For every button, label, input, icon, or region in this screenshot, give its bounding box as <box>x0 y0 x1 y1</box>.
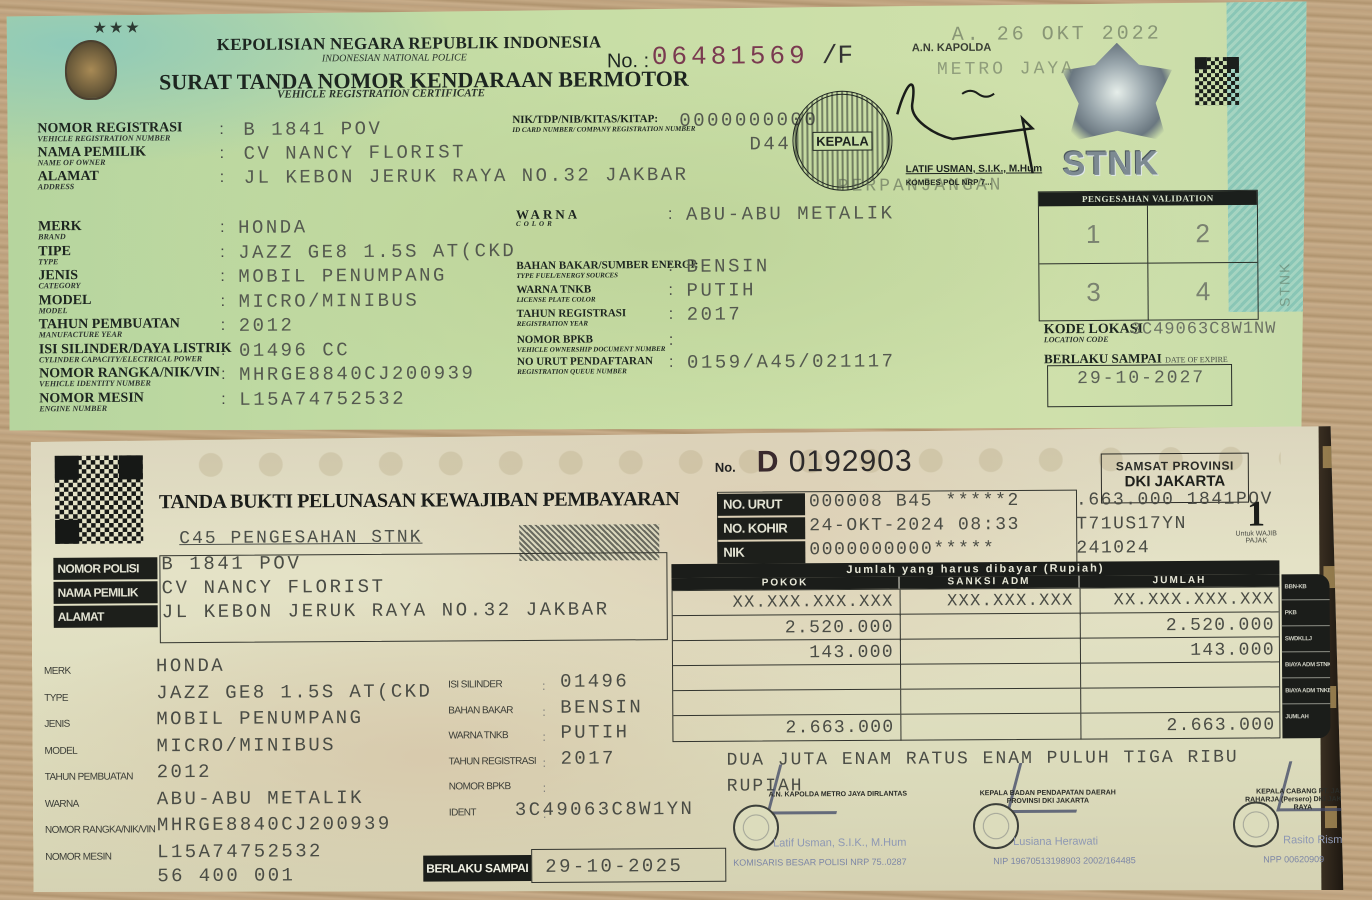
tax-payment-receipt: TANDA BUKTI PELUNASAN KEWAJIBAN PEMBAYAR… <box>31 426 1344 898</box>
validation-cell-1: 1 <box>1039 206 1148 264</box>
payment-cell-jumlah <box>1081 687 1281 712</box>
payment-row <box>673 687 1279 716</box>
payment-cell-jumlah: 2.520.000 <box>1081 612 1281 639</box>
value-nik: 0000000000***** <box>809 539 995 560</box>
payment-cell-jumlah: 2.663.000 <box>1081 712 1281 739</box>
hologram-emblem-icon <box>1062 42 1173 153</box>
label-no-urut: NO. URUT <box>717 493 805 516</box>
signatory-name: Lusiana Herawati <box>1013 835 1098 848</box>
payment-row: 2.663.0002.663.000 <box>673 712 1279 741</box>
payment-cell-pokok: 143.000 <box>673 640 901 667</box>
value-receipt-vehicle-field: MOBIL PENUMPANG <box>156 707 363 730</box>
receipt-number: D 0192903 <box>757 445 913 480</box>
payment-cell-pokok <box>673 690 901 715</box>
value-vehicle-field-right: PUTIH <box>686 279 756 301</box>
label-vehicle-field: MODELMODEL <box>39 293 92 314</box>
copy-indicator: 1 Untuk WAJIB PAJAK <box>1231 496 1281 544</box>
value-nik-suffix: D44 <box>749 133 791 155</box>
payment-row: 143.000143.000 <box>673 637 1279 666</box>
label-alamat: ALAMAT <box>54 605 158 628</box>
label-nik: NIK <box>717 541 805 564</box>
value-vehicle-field: 2012 <box>239 315 295 337</box>
label-vehicle-field: NOMOR MESINENGINE NUMBER <box>39 391 144 413</box>
value-receipt-vehicle-field: MHRGE8840CJ200939 <box>157 813 392 836</box>
label-receipt-vehicle-field: MERK <box>44 666 71 677</box>
payment-cell-jumlah <box>1081 662 1281 687</box>
label-vehicle-field: JENISCATEGORY <box>38 269 80 290</box>
signatory-name: Latif Usman, S.I.K., M.Hum <box>773 837 906 850</box>
value-vehicle-field-right: ABU-ABU METALIK <box>686 202 895 225</box>
label-nik: NIK/TDP/NIB/KITAS/KITAP:ID CARD NUMBER/ … <box>512 114 695 134</box>
label-receipt-vehicle-field: TYPE <box>44 692 68 703</box>
label-vehicle-field: ISI SILINDER/DAYA LISTRIKCYLINDER CAPACI… <box>39 341 232 363</box>
receipt-title: TANDA BUKTI PELUNASAN KEWAJIBAN PEMBAYAR… <box>159 488 679 514</box>
vehicle-details-right: WARNACOLOR:ABU-ABU METALIKBAHAN BAKAR/SU… <box>7 1 1307 10</box>
value-nomor-polisi: B 1841 POV <box>161 552 301 575</box>
label-vehicle-field: NOMOR RANGKA/NIK/VINVEHICLE IDENTITY NUM… <box>39 366 220 388</box>
samsat-line1: SAMSAT PROVINSI <box>1102 459 1248 474</box>
value-vehicle-field: 01496 CC <box>239 339 350 362</box>
label-vehicle-field-right: NOMOR BPKBVEHICLE OWNERSHIP DOCUMENT NUM… <box>517 334 666 354</box>
signatory-title: A.N. KAPOLDA METRO JAYA DIRLANTAS <box>763 791 913 800</box>
value-nama-pemilik: CV NANCY FLORIST <box>243 141 466 165</box>
label-vehicle-field: TIPETYPE <box>38 245 71 266</box>
label-vehicle-field-right: WARNA TNKBLICENSE PLATE COLOR <box>516 284 595 304</box>
label-receipt-vehicle-field: WARNA <box>45 798 79 809</box>
payment-row <box>673 662 1279 691</box>
label-receipt-vehicle-field-right: BAHAN BAKAR <box>448 705 513 716</box>
payment-cell-pokok: 2.663.000 <box>673 715 901 742</box>
extra-code-line: 56 400 001 <box>157 864 295 887</box>
payment-cell-sanksi <box>901 614 1081 641</box>
value-nik-extra: 241024 <box>1076 538 1150 558</box>
value-alamat: JL KEBON JERUK RAYA NO.32 JAKBAR <box>244 164 689 189</box>
label-vehicle-field: TAHUN PEMBUATANMANUFACTURE YEAR <box>39 317 180 339</box>
qr-code-icon <box>55 455 144 544</box>
stnk-vehicle-registration-certificate: ★★★ KEPOLISIAN NEGARA REPUBLIK INDONESIA… <box>7 1 1310 436</box>
label-nomor-polisi: NOMOR POLISI <box>53 557 157 580</box>
value-receipt-vehicle-field-right: PUTIH <box>560 721 629 743</box>
value-vehicle-field: HONDA <box>238 216 308 238</box>
payment-cell-sanksi <box>901 689 1081 714</box>
value-alamat: JL KEBON JERUK RAYA NO.32 JAKBAR <box>162 598 610 623</box>
signature-icon <box>766 764 849 815</box>
value-vehicle-field-right: BENSIN <box>686 255 770 278</box>
label-receipt-vehicle-field: NOMOR MESIN <box>45 851 111 862</box>
payment-cell-sanksi <box>901 664 1081 689</box>
issue-date-faded: A. 26 OKT 2022 <box>952 22 1162 46</box>
document-number: 06481569 <box>652 41 809 72</box>
signatory-nrp: NPP 00620909 <box>1263 854 1324 864</box>
label-nama-pemilik: NAMA PEMILIK <box>53 581 157 604</box>
document-number-suffix: /F <box>822 41 853 71</box>
value-nomor-registrasi: B 1841 POV <box>243 118 382 141</box>
label-vehicle-field-right: NO URUT PENDAFTARANREGISTRATION QUEUE NU… <box>517 356 653 376</box>
value-vehicle-field: MOBIL PENUMPANG <box>238 264 447 287</box>
value-receipt-vehicle-field: 2012 <box>157 761 212 783</box>
label-receipt-vehicle-field-right: IDENT <box>449 807 476 818</box>
label-vehicle-field-right: WARNACOLOR <box>516 209 580 228</box>
value-receipt-vehicle-field-right: 2017 <box>561 747 616 769</box>
police-emblem-icon <box>65 40 117 100</box>
payment-row-label: JUMLAH <box>1282 704 1330 730</box>
receipt-subtitle: C45 PENGESAHAN STNK <box>179 528 422 549</box>
label-receipt-vehicle-field: NOMOR RANGKA/NIK/VIN <box>45 824 155 836</box>
payment-cell-sanksi <box>901 714 1081 741</box>
document-number-label: No. : <box>607 50 649 73</box>
receipt-number-label: No. <box>715 460 736 475</box>
value-vehicle-field: MICRO/MINIBUS <box>238 289 419 312</box>
payment-cell-pokok: 2.520.000 <box>673 615 901 642</box>
label-alamat: ALAMATADDRESS <box>38 170 99 191</box>
label-vehicle-field: MERKBRAND <box>38 220 82 241</box>
payment-cell-jumlah: XX.XXX.XXX.XXX <box>1081 587 1281 614</box>
payment-cell-pokok <box>673 665 901 690</box>
label-berlaku-sampai: BERLAKU SAMPAI <box>423 855 531 882</box>
three-stars-icon: ★★★ <box>93 18 142 38</box>
label-vehicle-field-right: TAHUN REGISTRASIREGISTRATION YEAR <box>517 308 627 328</box>
label-receipt-vehicle-field-right: ISI SILINDER <box>448 679 502 690</box>
payment-row-label: SWDKLLJ <box>1282 626 1330 652</box>
value-no-kohir-extra: T71US17YN <box>1076 514 1187 535</box>
value-receipt-vehicle-field: HONDA <box>156 655 225 677</box>
payment-row-labels: BBN-KBPKBSWDKLLJBIAYA ADM STNKBIAYA ADM … <box>1281 574 1330 738</box>
validation-grid: PENGESAHAN VALIDATION 1 2 3 4 <box>1038 190 1259 322</box>
payment-row-label: BIAYA ADM STNK <box>1282 652 1330 678</box>
payment-cell-sanksi: XXX.XXX.XXX <box>901 589 1081 616</box>
payment-cell-pokok: XX.XXX.XXX.XXX <box>673 590 901 617</box>
official-stamp-icon <box>1233 801 1279 847</box>
value-receipt-vehicle-field-right: BENSIN <box>560 696 643 719</box>
label-receipt-vehicle-field-right: WARNA TNKB <box>448 730 508 741</box>
value-vehicle-field-right: 0159/A45/021117 <box>687 350 896 373</box>
label-receipt-vehicle-field: JENIS <box>44 719 69 730</box>
payment-row-label: PKB <box>1282 600 1330 626</box>
payment-cell-jumlah: 143.000 <box>1081 637 1281 664</box>
label-receipt-vehicle-field: TAHUN PEMBUATAN <box>45 771 133 783</box>
value-nama-pemilik: CV NANCY FLORIST <box>161 576 385 599</box>
label-nama-pemilik: NAMA PEMILIKNAME OF OWNER <box>37 146 146 168</box>
validation-cell-3: 3 <box>1039 263 1148 321</box>
value-no-kohir: 24-OKT-2024 08:33 <box>809 515 1020 536</box>
label-nomor-registrasi: NOMOR REGISTRASIVEHICLE REGISTRATION NUM… <box>37 121 182 143</box>
value-receipt-vehicle-field: JAZZ GE8 1.5S AT(CKD <box>156 680 432 704</box>
payment-row-label: BBN-KB <box>1281 574 1329 600</box>
label-no-kohir: NO. KOHIR <box>717 517 805 540</box>
label-receipt-vehicle-field-right: NOMOR BPKB <box>449 781 511 792</box>
signatory-nrp: NIP 19670513198903 2002/164485 <box>993 855 1136 866</box>
side-watermark: STNK <box>1276 262 1292 307</box>
payment-row-label: BIAYA ADM TNKB <box>1282 678 1330 704</box>
value-receipt-vehicle-field-right: 01496 <box>560 670 629 692</box>
value-kode-lokasi: 3C49063C8W1NW <box>1131 320 1277 340</box>
payment-table: XX.XXX.XXX.XXXXXX.XXX.XXXXX.XXX.XXX.XXX2… <box>672 586 1281 742</box>
value-receipt-vehicle-field: ABU-ABU METALIK <box>157 786 364 809</box>
value-receipt-vehicle-field: L15A74752532 <box>157 840 323 863</box>
vehicle-details-left: MERKBRAND:HONDATIPETYPE:JAZZ GE8 1.5S AT… <box>7 1 1307 10</box>
signatory-nrp: KOMISARIS BESAR POLISI NRP 75..0287 <box>733 857 906 868</box>
validation-header: PENGESAHAN VALIDATION <box>1039 191 1257 207</box>
payment-row: XX.XXX.XXX.XXXXXX.XXX.XXXXX.XXX.XXX.XXX <box>673 587 1279 616</box>
value-vehicle-field: JAZZ GE8 1.5S AT(CKD <box>238 239 516 263</box>
document-title-en: VEHICLE REGISTRATION CERTIFICATE <box>277 87 485 100</box>
stnk-logo: STNK <box>1062 145 1159 185</box>
label-receipt-vehicle-field: MODEL <box>44 745 77 756</box>
signer-name: LATIF USMAN, S.I.K., M.Hum <box>906 163 1043 175</box>
samsat-line2: DKI JAKARTA <box>1102 473 1248 491</box>
signer-rank: KOMBES POL NRP 7... <box>906 178 992 188</box>
value-vehicle-field: MHRGE8840CJ200939 <box>239 362 475 386</box>
validation-cell-2: 2 <box>1148 205 1257 263</box>
value-vehicle-field-right: 2017 <box>687 303 743 325</box>
value-receipt-vehicle-field: MICRO/MINIBUS <box>156 734 336 757</box>
agency-name-en: INDONESIAN NATIONAL POLICE <box>322 52 467 64</box>
signatory-name: Rasito Rismanto SH, M.RiskMgmt <box>1283 833 1372 846</box>
label-kode-lokasi: KODE LOKASILOCATION CODE <box>1044 323 1143 345</box>
value-no-urut: 000008 B45 *****2 <box>809 491 1020 512</box>
validation-cell-4: 4 <box>1148 262 1257 320</box>
label-receipt-vehicle-field-right: TAHUN REGISTRASI <box>449 755 537 767</box>
payment-row: 2.520.0002.520.000 <box>673 612 1279 641</box>
value-receipt-vehicle-field-right: 3C49063C8W1YN <box>515 797 695 820</box>
payment-cell-sanksi <box>901 639 1081 666</box>
value-berlaku-sampai: 29-10-2027 <box>1077 368 1205 389</box>
agency-name: KEPOLISIAN NEGARA REPUBLIK INDONESIA <box>217 32 602 55</box>
value-vehicle-field: L15A74752532 <box>239 387 406 410</box>
value-berlaku-sampai: 29-10-2025 <box>545 855 683 878</box>
signature-icon <box>892 73 1043 174</box>
qr-code-icon <box>1195 57 1239 105</box>
